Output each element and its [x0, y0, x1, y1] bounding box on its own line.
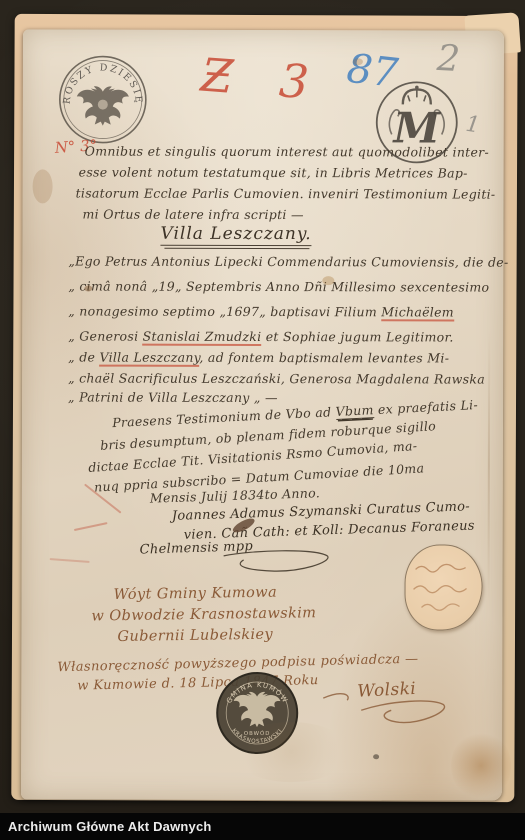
polish-office-line: w Obwodzie Krasnostawskim: [91, 605, 316, 624]
pencil-small-number: 1: [464, 112, 481, 139]
latin-line: tisatorum Ecclae Parlis Cumovien. inveni…: [76, 186, 496, 202]
latin-line: „ nonagesimo septimo „1697„ baptisavi Fi…: [68, 303, 454, 319]
latin-line: esse volent notum testatumque sit, in Li…: [79, 165, 468, 181]
red-crayon-number: Ƶ 3: [199, 48, 326, 111]
underlined-name: Michaëlem: [381, 304, 454, 321]
wolski-flourish: [321, 688, 451, 728]
stain: [231, 722, 351, 782]
crown-icon: [403, 86, 431, 105]
document-page: GROSZY DZIESIĘĆ Ƶ 3 87 2 M 1 N° 3° Omnib…: [21, 29, 504, 800]
stain: [373, 754, 379, 759]
latin-line: „ de Villa Leszczany, ad fontem baptisma…: [68, 349, 449, 365]
revenue-stamp: GROSZY DZIESIĘĆ: [58, 53, 148, 145]
latin-line: „ Generosi Stanislai Zmudzki et Sophiae …: [68, 328, 454, 344]
stain: [322, 276, 334, 285]
polish-office-line: Gubernii Lubelskiey: [117, 627, 273, 645]
red-pencil-stroke: [74, 522, 108, 531]
archive-bar: Archiwum Główne Akt Dawnych: [0, 813, 525, 840]
latin-line: „ cimâ nonâ „19„ Septembris Anno Dñi Mil…: [68, 278, 489, 294]
polish-office-line: Wóyt Gminy Kumowa: [113, 585, 277, 603]
latin-line: mi Ortus de latere infra scripti —: [83, 207, 304, 223]
signature-flourish: [222, 548, 332, 574]
red-pencil-stroke: [50, 558, 90, 563]
underlined-name: Stanislai Zmudzki: [143, 329, 262, 346]
latin-line: „ chaël Sacrificulus Leszczański, Genero…: [68, 370, 485, 386]
stain: [84, 286, 92, 292]
latin-line: „ Patrini de Villa Leszczany „ —: [68, 389, 278, 405]
illegible-inscription: [409, 553, 477, 619]
stain: [353, 58, 363, 65]
stain: [33, 169, 53, 203]
paper-crease: [488, 331, 491, 601]
wafer-seal: [404, 544, 482, 630]
latin-line: Omnibus et singulis quorum interest aut …: [85, 144, 489, 160]
latin-line: „Ego Petrus Antonius Lipecki Commendariu…: [68, 253, 508, 269]
village-heading: Villa Leszczany.: [160, 224, 525, 245]
archive-label: Archiwum Główne Akt Dawnych: [0, 819, 212, 834]
stain: [451, 730, 511, 800]
pencil-page-number: 2: [436, 38, 461, 80]
underlined-place: Villa Leszczany: [99, 350, 199, 367]
double-headed-eagle-icon: [77, 86, 129, 125]
